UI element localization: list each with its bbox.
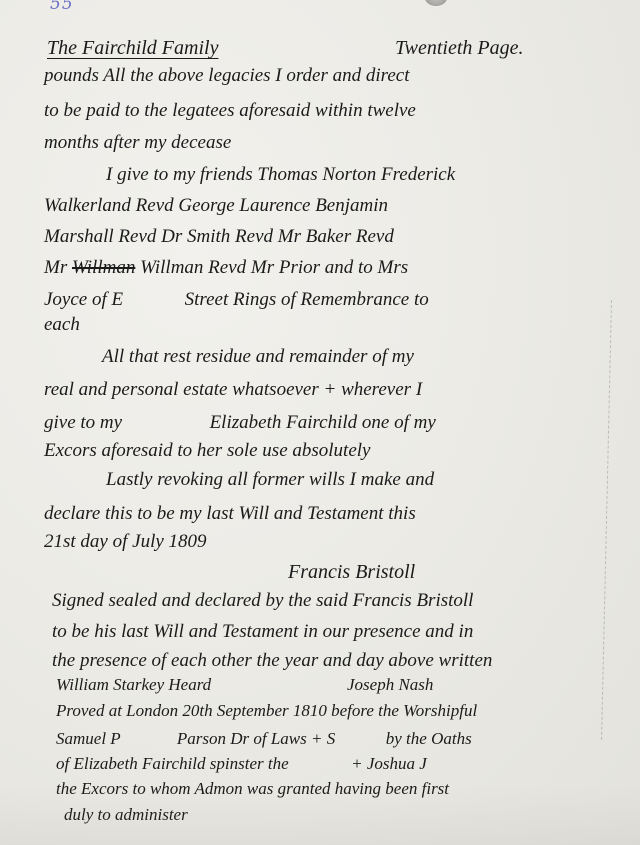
text-fragment: Samuel P xyxy=(56,729,120,748)
text-line: Samuel P Parson Dr of Laws + S by the Oa… xyxy=(56,730,472,747)
text-fragment: of Elizabeth Fairchild spinster the xyxy=(56,754,289,773)
text-line: Mr Willman Willman Revd Mr Prior and to … xyxy=(44,258,408,277)
text-line: duly to administer xyxy=(64,806,188,823)
witness-signature: Joseph Nash xyxy=(347,676,433,693)
fold-line xyxy=(601,300,612,740)
document-page: 55 The Fairchild Family Twentieth Page. … xyxy=(0,0,640,845)
text-line: Lastly revoking all former wills I make … xyxy=(106,470,434,489)
text-fragment: by the Oaths xyxy=(386,729,472,748)
text-line: All that rest residue and remainder of m… xyxy=(102,347,414,366)
struck-out-word: Willman xyxy=(72,257,135,278)
text-line: the Excors to whom Admon was granted hav… xyxy=(56,780,449,797)
text-line: declare this to be my last Will and Test… xyxy=(44,504,416,523)
witness-signature: William Starkey Heard xyxy=(56,676,211,693)
text-fragment: give to my xyxy=(44,412,122,433)
text-line: months after my decease xyxy=(44,133,231,152)
text-fragment: Street Rings of Remembrance to xyxy=(185,289,429,310)
page-label: Twentieth Page. xyxy=(395,38,524,58)
text-line: Proved at London 20th September 1810 bef… xyxy=(56,702,477,719)
text-fragment: Joyce of E xyxy=(44,289,123,310)
text-line: Marshall Revd Dr Smith Revd Mr Baker Rev… xyxy=(44,227,394,246)
text-line: Excors aforesaid to her sole use absolut… xyxy=(44,441,370,460)
text-line: Walkerland Revd George Laurence Benjamin xyxy=(44,196,388,215)
text-fragment: + Joshua J xyxy=(351,754,427,773)
text-line: of Elizabeth Fairchild spinster the + Jo… xyxy=(56,755,427,772)
text-fragment: Parson Dr of Laws + S xyxy=(177,729,335,748)
text-fragment: Mr xyxy=(44,257,67,278)
text-line: pounds All the above legacies I order an… xyxy=(44,66,410,85)
text-line: I give to my friends Thomas Norton Frede… xyxy=(106,165,455,184)
text-fragment: Willman Revd Mr Prior and to Mrs xyxy=(140,257,408,278)
text-line: to be paid to the legatees aforesaid wit… xyxy=(44,101,416,120)
hole-punch xyxy=(425,0,447,6)
document-title: The Fairchild Family xyxy=(47,38,218,58)
text-line: give to my Elizabeth Fairchild one of my xyxy=(44,413,436,432)
text-fragment: Elizabeth Fairchild one of my xyxy=(210,412,436,433)
text-line: each xyxy=(44,315,80,334)
text-line: Joyce of E Street Rings of Remembrance t… xyxy=(44,290,429,309)
text-line: 21st day of July 1809 xyxy=(44,532,207,551)
text-line: the presence of each other the year and … xyxy=(52,651,492,670)
text-line: to be his last Will and Testament in our… xyxy=(52,622,473,641)
testator-signature: Francis Bristoll xyxy=(288,562,415,582)
text-line: real and personal estate whatsoever + wh… xyxy=(44,380,422,399)
text-line: Signed sealed and declared by the said F… xyxy=(52,591,473,610)
pencil-page-number: 55 xyxy=(50,0,74,14)
